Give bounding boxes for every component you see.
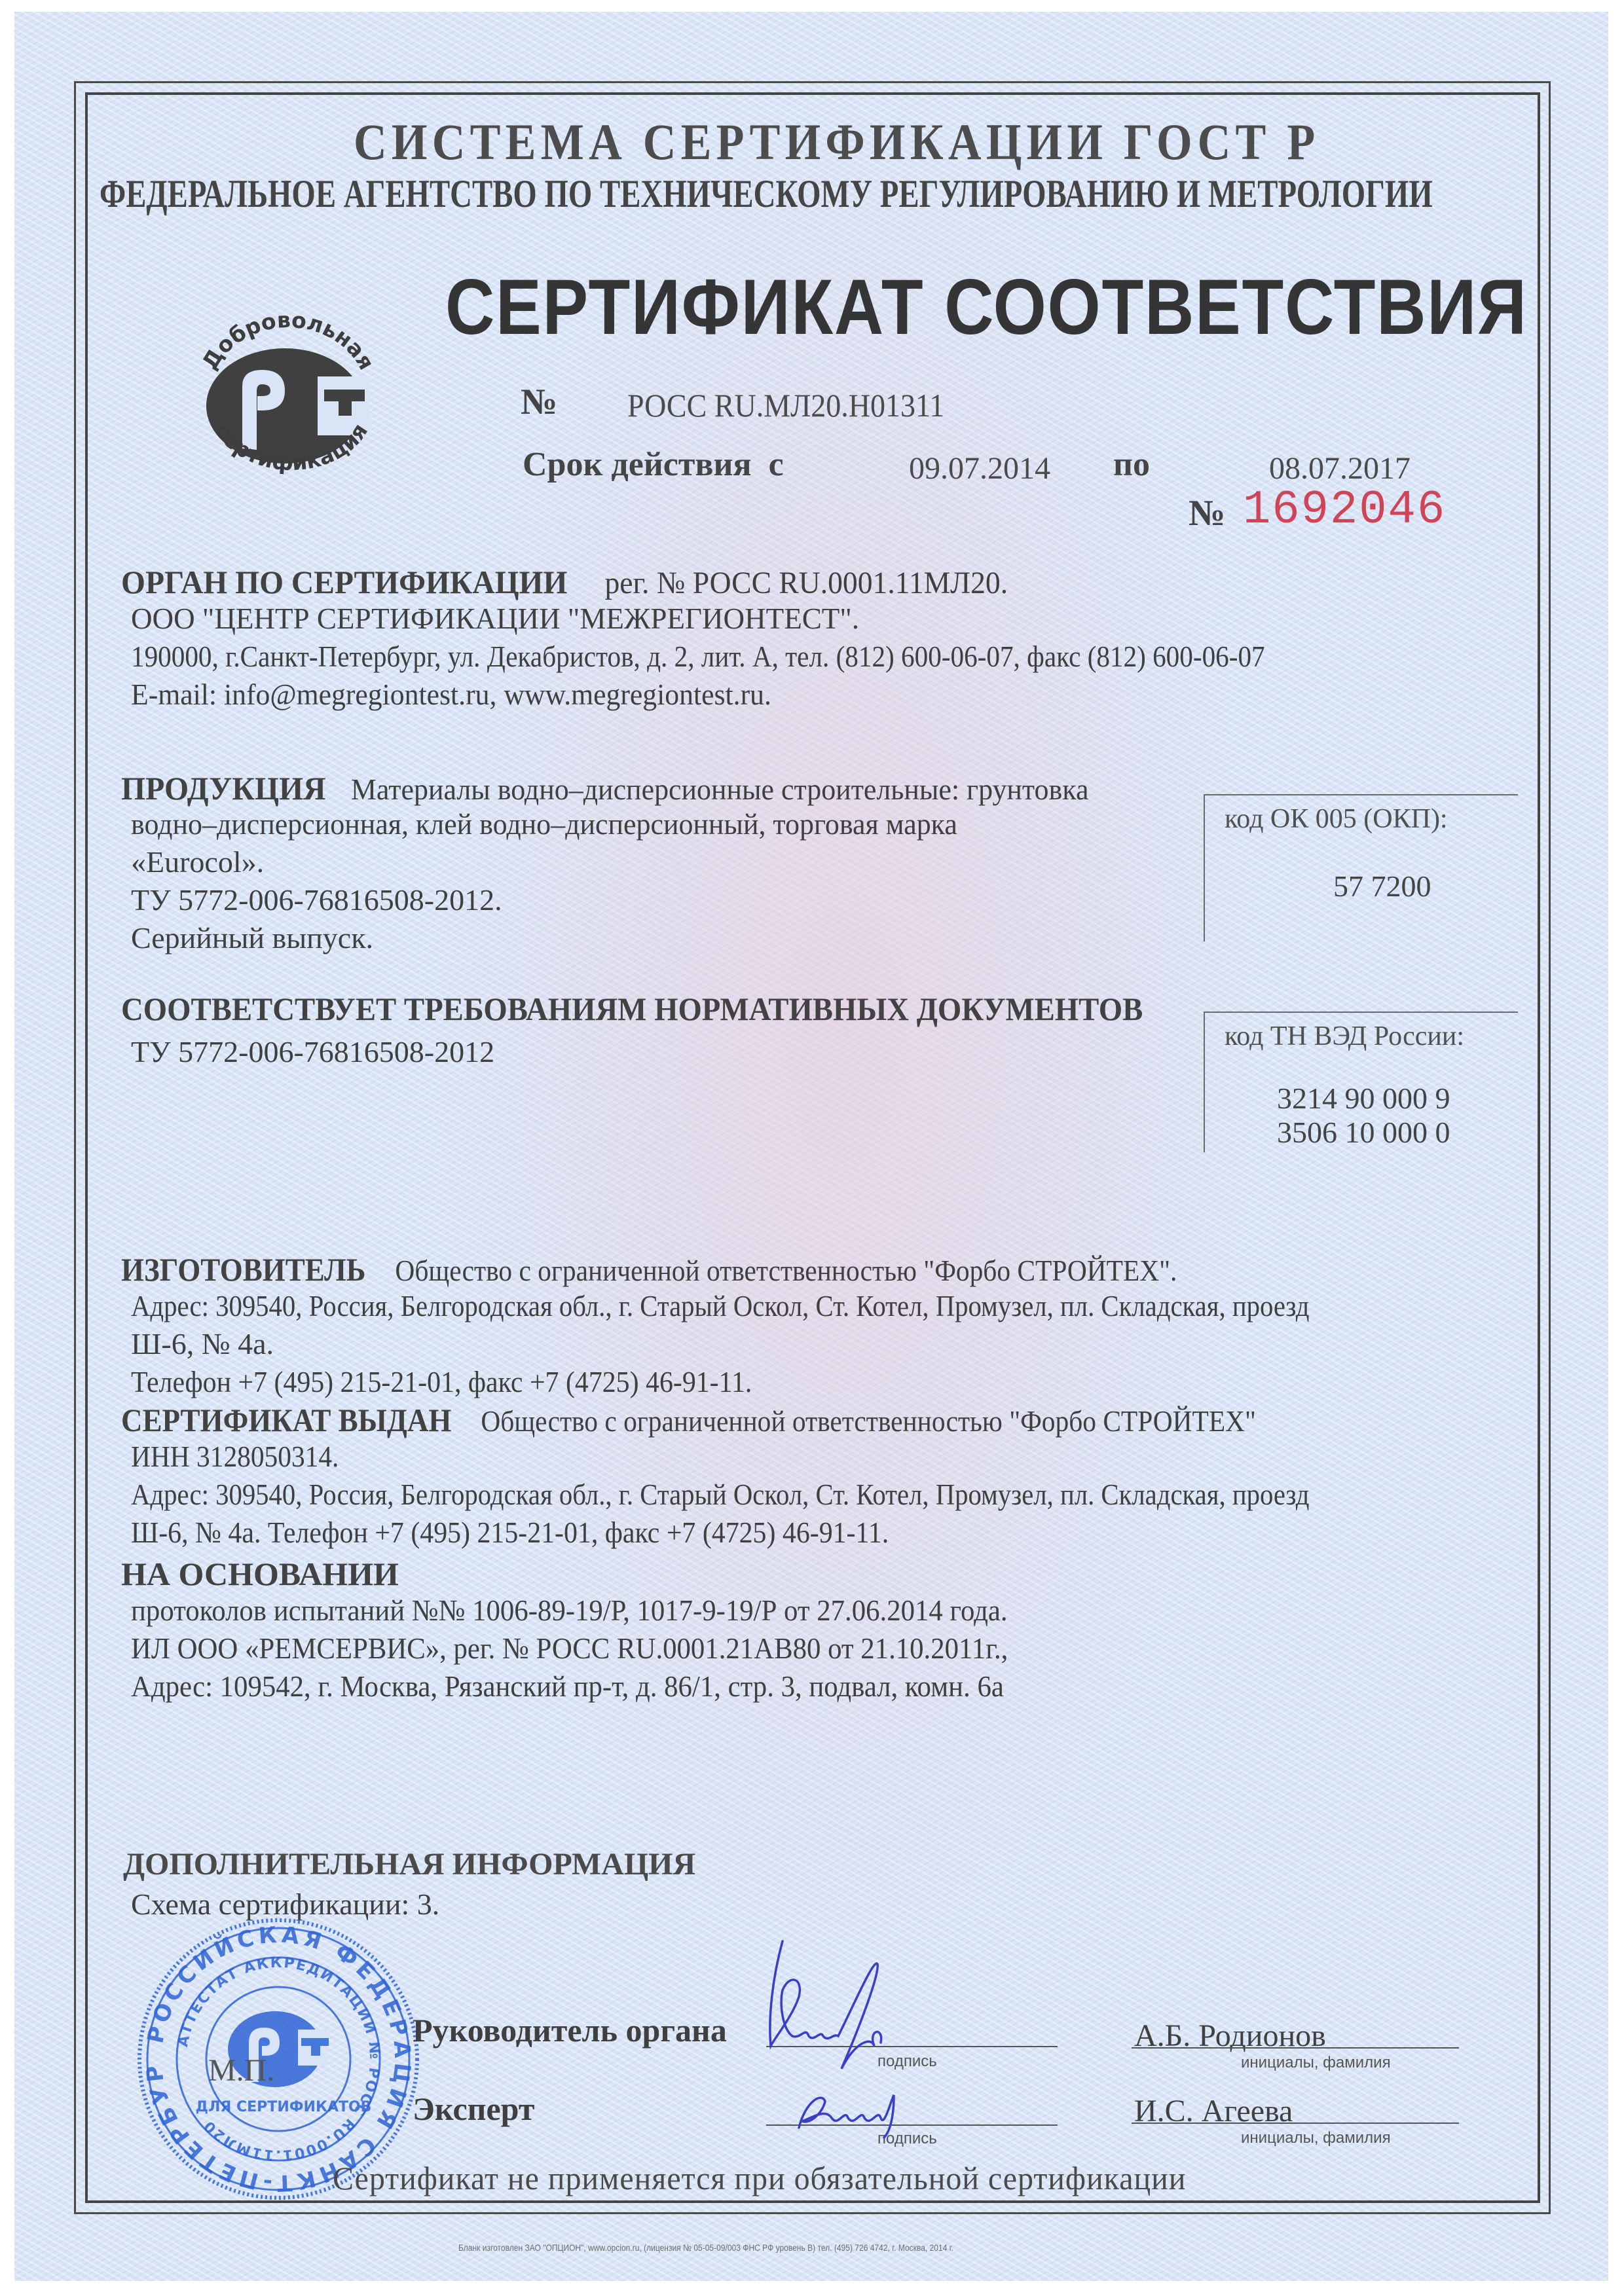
issued-to-label: СЕРТИФИКАТ ВЫДАН — [121, 1402, 451, 1438]
document-title: СЕРТИФИКАТ СООТВЕТСТВИЯ — [445, 262, 1528, 352]
manufacturer-address-cont: Ш-6, № 4а. — [131, 1326, 274, 1361]
issued-to-address: Адрес: 309540, Россия, Белгородская обл.… — [131, 1477, 1309, 1512]
valid-to-label: по — [1113, 445, 1150, 484]
registration-number-sign: № — [521, 381, 557, 423]
agency-title: ФЕДЕРАЛЬНОЕ АГЕНТСТВО ПО ТЕХНИЧЕСКОМУ РЕ… — [100, 172, 1433, 217]
expert-label: Эксперт — [413, 2090, 534, 2128]
basis-laboratory-address: Адрес: 109542, г. Москва, Рязанский пр-т… — [131, 1669, 1004, 1704]
conformity-document: ТУ 5772-006-76816508-2012 — [131, 1034, 494, 1069]
valid-to-date: 08.07.2017 — [1269, 450, 1411, 486]
registration-number: РОСС RU.МЛ20.Н01311 — [627, 386, 944, 424]
certification-body-contacts: E-mail: info@megregiontest.ru, www.megre… — [131, 677, 771, 712]
manufacturer-phone: Телефон +7 (495) 215-21-01, факс +7 (472… — [131, 1364, 752, 1399]
okp-code-value: 57 7200 — [1333, 869, 1431, 903]
product-spec: ТУ 5772-006-76816508-2012. — [131, 883, 502, 917]
head-of-body-label: Руководитель органа — [413, 2011, 727, 2049]
rst-voluntary-certification-logo-icon: Добровольная сертификация — [187, 298, 390, 481]
issued-to-inn: ИНН 3128050314. — [131, 1439, 339, 1474]
expert-name-line — [1132, 2123, 1459, 2124]
expert-signature-icon — [786, 2088, 917, 2141]
seal-place-label: М.П. — [208, 2052, 274, 2088]
head-name-caption: инициалы, фамилия — [1241, 2054, 1391, 2072]
issued-to-name: Общество с ограниченной ответственностью… — [481, 1404, 1256, 1438]
certification-body-label: ОРГАН ПО СЕРТИФИКАЦИИ — [121, 564, 567, 600]
product-description-line: водно–дисперсионная, клей водно–дисперси… — [131, 807, 957, 841]
issued-to-address-cont: Ш-6, № 4а. Телефон +7 (495) 215-21-01, ф… — [131, 1515, 889, 1550]
product-header: ПРОДУКЦИЯМатериалы водно–дисперсионные с… — [121, 769, 1088, 807]
form-number-sign: № — [1189, 492, 1225, 534]
validity-label: Срок действия с — [523, 445, 784, 484]
product-release-type: Серийный выпуск. — [131, 920, 373, 955]
certification-body-header: ОРГАН ПО СЕРТИФИКАЦИИрег. № РОСС RU.0001… — [121, 563, 1008, 601]
certification-body-reg-number: рег. № РОСС RU.0001.11МЛ20. — [604, 566, 1008, 600]
basis-laboratory: ИЛ ООО «РЕМСЕРВИС», рег. № РОСС RU.0001.… — [131, 1631, 1008, 1666]
tnved-code-value: 3506 10 000 0 — [1277, 1115, 1450, 1150]
conformity-label: СООТВЕТСТВУЕТ ТРЕБОВАНИЯМ НОРМАТИВНЫХ ДО… — [121, 990, 1143, 1028]
okp-code-box: код ОК 005 (ОКП): 57 7200 — [1204, 794, 1518, 941]
tnved-code-box: код ТН ВЭД России: 3214 90 000 9 3506 10… — [1204, 1011, 1518, 1152]
okp-code-label: код ОК 005 (ОКП): — [1225, 803, 1448, 835]
additional-info-label: ДОПОЛНИТЕЛЬНАЯ ИНФОРМАЦИЯ — [123, 1846, 695, 1882]
manufacturer-name: Общество с ограниченной ответственностью… — [395, 1254, 1177, 1287]
certification-body-name: ООО "ЦЕНТР СЕРТИФИКАЦИИ "МЕЖРЕГИОНТЕСТ". — [131, 601, 859, 636]
manufacturer-header: ИЗГОТОВИТЕЛЬОбщество с ограниченной отве… — [121, 1250, 1177, 1288]
voluntary-notice: Сертификат не применяется при обязательн… — [333, 2159, 1186, 2197]
basis-label: НА ОСНОВАНИИ — [121, 1555, 399, 1593]
expert-name-caption: инициалы, фамилия — [1241, 2129, 1391, 2147]
manufacturer-address: Адрес: 309540, Россия, Белгородская обл.… — [131, 1288, 1309, 1323]
head-signature-icon — [763, 1938, 959, 2095]
head-name-line — [1132, 2047, 1459, 2049]
product-label: ПРОДУКЦИЯ — [121, 770, 326, 807]
certification-body-address: 190000, г.Санкт-Петербург, ул. Декабрист… — [131, 639, 1265, 674]
form-printer-info: Бланк изготовлен ЗАО "ОПЦИОН", www.opcio… — [458, 2242, 953, 2253]
tnved-code-label: код ТН ВЭД России: — [1225, 1021, 1464, 1052]
basis-protocols: протоколов испытаний №№ 1006-89-19/Р, 10… — [131, 1593, 1008, 1628]
system-title: СИСТЕМА СЕРТИФИКАЦИИ ГОСТ Р — [354, 113, 1319, 172]
tnved-code-value: 3214 90 000 9 — [1277, 1081, 1450, 1116]
product-description-line: Материалы водно–дисперсионные строительн… — [351, 773, 1089, 806]
manufacturer-label: ИЗГОТОВИТЕЛЬ — [121, 1251, 365, 1288]
stamp-center-label: ДЛЯ СЕРТИФИКАТОВ — [196, 2099, 372, 2115]
valid-from-date: 09.07.2014 — [909, 450, 1050, 486]
product-trademark: «Eurocol». — [131, 845, 264, 879]
issued-to-header: СЕРТИФИКАТ ВЫДАНОбщество с ограниченной … — [121, 1401, 1256, 1439]
form-serial-number: 1692046 — [1243, 483, 1446, 537]
